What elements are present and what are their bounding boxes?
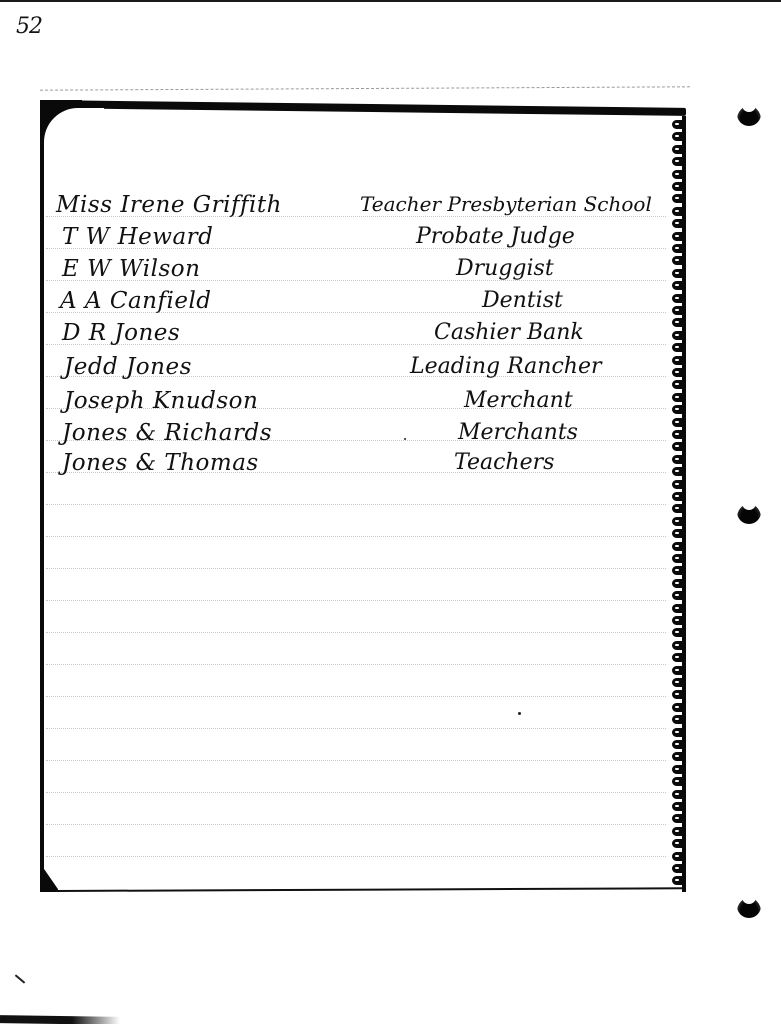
paper-top-edge xyxy=(40,86,690,90)
entry-row: T W Heward Probate Judge xyxy=(40,224,686,254)
ink-speck xyxy=(404,438,406,440)
entry-row: Miss Irene Griffith Teacher Presbyterian… xyxy=(40,192,686,222)
notebook-page: Miss Irene Griffith Teacher Presbyterian… xyxy=(40,100,686,892)
entry-name: T W Heward xyxy=(62,224,213,250)
entry-name: E W Wilson xyxy=(62,256,200,282)
entry-name: D R Jones xyxy=(62,320,180,346)
entry-occupation: Probate Judge xyxy=(416,224,575,249)
entry-occupation: Dentist xyxy=(482,288,563,313)
entry-occupation: Teacher Presbyterian School xyxy=(360,192,652,216)
binder-hole-top xyxy=(737,106,761,126)
entry-row: E W Wilson Druggist xyxy=(40,256,686,286)
entry-occupation: Merchants xyxy=(458,420,578,445)
entry-row: Jones & Thomas Teachers xyxy=(40,450,686,480)
entry-name: A A Canfield xyxy=(60,288,212,314)
entry-row: D R Jones Cashier Bank xyxy=(40,320,686,350)
entry-row: A A Canfield Dentist xyxy=(40,288,686,318)
entry-occupation: Druggist xyxy=(456,256,554,281)
page-number: 52 xyxy=(16,14,42,39)
scan-bottom-edge xyxy=(0,1015,120,1024)
entry-occupation: Teachers xyxy=(454,450,554,475)
stray-pencil-mark xyxy=(15,974,25,983)
entry-name: Miss Irene Griffith xyxy=(56,192,282,218)
entry-name: Jedd Jones xyxy=(64,354,192,380)
entry-occupation: Cashier Bank xyxy=(434,320,584,345)
entry-occupation: Merchant xyxy=(464,388,573,413)
entry-row: Jedd Jones Leading Rancher xyxy=(40,354,686,384)
ink-speck xyxy=(518,712,521,715)
entry-occupation: Leading Rancher xyxy=(410,354,602,379)
entry-list: Miss Irene Griffith Teacher Presbyterian… xyxy=(40,100,686,892)
binder-hole-middle xyxy=(737,504,761,524)
scan-top-edge xyxy=(0,0,781,2)
entry-row: Jones & Richards Merchants xyxy=(40,420,686,450)
entry-row: Joseph Knudson Merchant xyxy=(40,388,686,418)
entry-name: Jones & Thomas xyxy=(62,450,259,476)
entry-name: Jones & Richards xyxy=(62,420,272,446)
entry-name: Joseph Knudson xyxy=(64,388,258,414)
binder-hole-bottom xyxy=(737,898,761,918)
